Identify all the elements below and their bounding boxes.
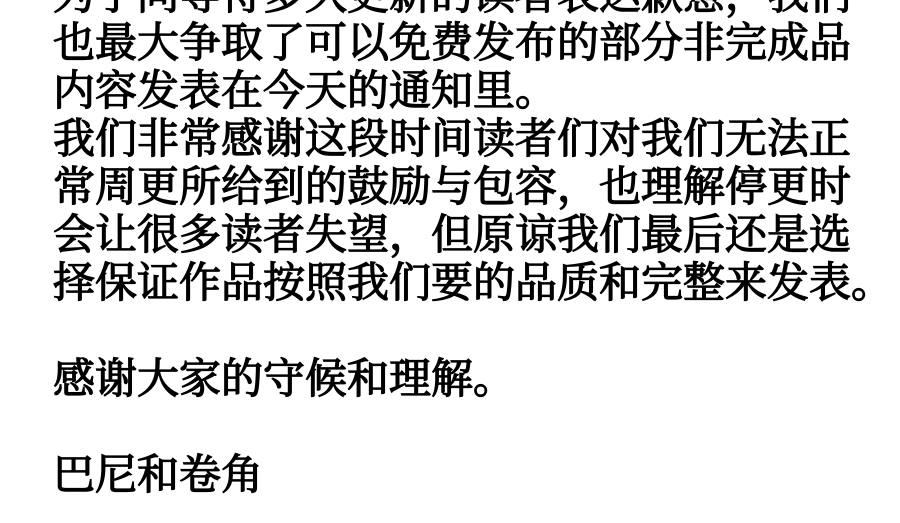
text-line: 常周更所给到的鼓励与包容，也理解停更时 [53, 164, 863, 212]
paragraph-gratitude-explanation: 我们非常感谢这段时间读者们对我们无法正 常周更所给到的鼓励与包容，也理解停更时 … [53, 116, 863, 308]
text-line: 感谢大家的守候和理解。 [53, 356, 863, 404]
paragraph-apology-free-release: 为了向等待多久更新的读者表达歉意，我们 也最大争取了可以免费发布的部分非完成品 … [53, 0, 863, 116]
text-line: 择保证作品按照我们要的品质和完整来发表。 [53, 260, 863, 308]
text-line: 也最大争取了可以免费发布的部分非完成品 [53, 20, 863, 68]
paragraph-closing-thanks: 感谢大家的守候和理解。 [53, 356, 863, 404]
paragraph-signature: 巴尼和卷角 [53, 452, 863, 500]
text-line: 内容发表在今天的通知里。 [53, 68, 863, 116]
text-line: 会让很多读者失望，但原谅我们最后还是选 [53, 212, 863, 260]
announcement-text: 为了向等待多久更新的读者表达歉意，我们 也最大争取了可以免费发布的部分非完成品 … [53, 0, 863, 500]
text-line-clipped-top: 为了向等待多久更新的读者表达歉意，我们 [53, 0, 863, 20]
text-line: 我们非常感谢这段时间读者们对我们无法正 [53, 116, 863, 164]
announcement-page: 为了向等待多久更新的读者表达歉意，我们 也最大争取了可以免费发布的部分非完成品 … [0, 0, 900, 523]
signature-line: 巴尼和卷角 [53, 452, 863, 500]
